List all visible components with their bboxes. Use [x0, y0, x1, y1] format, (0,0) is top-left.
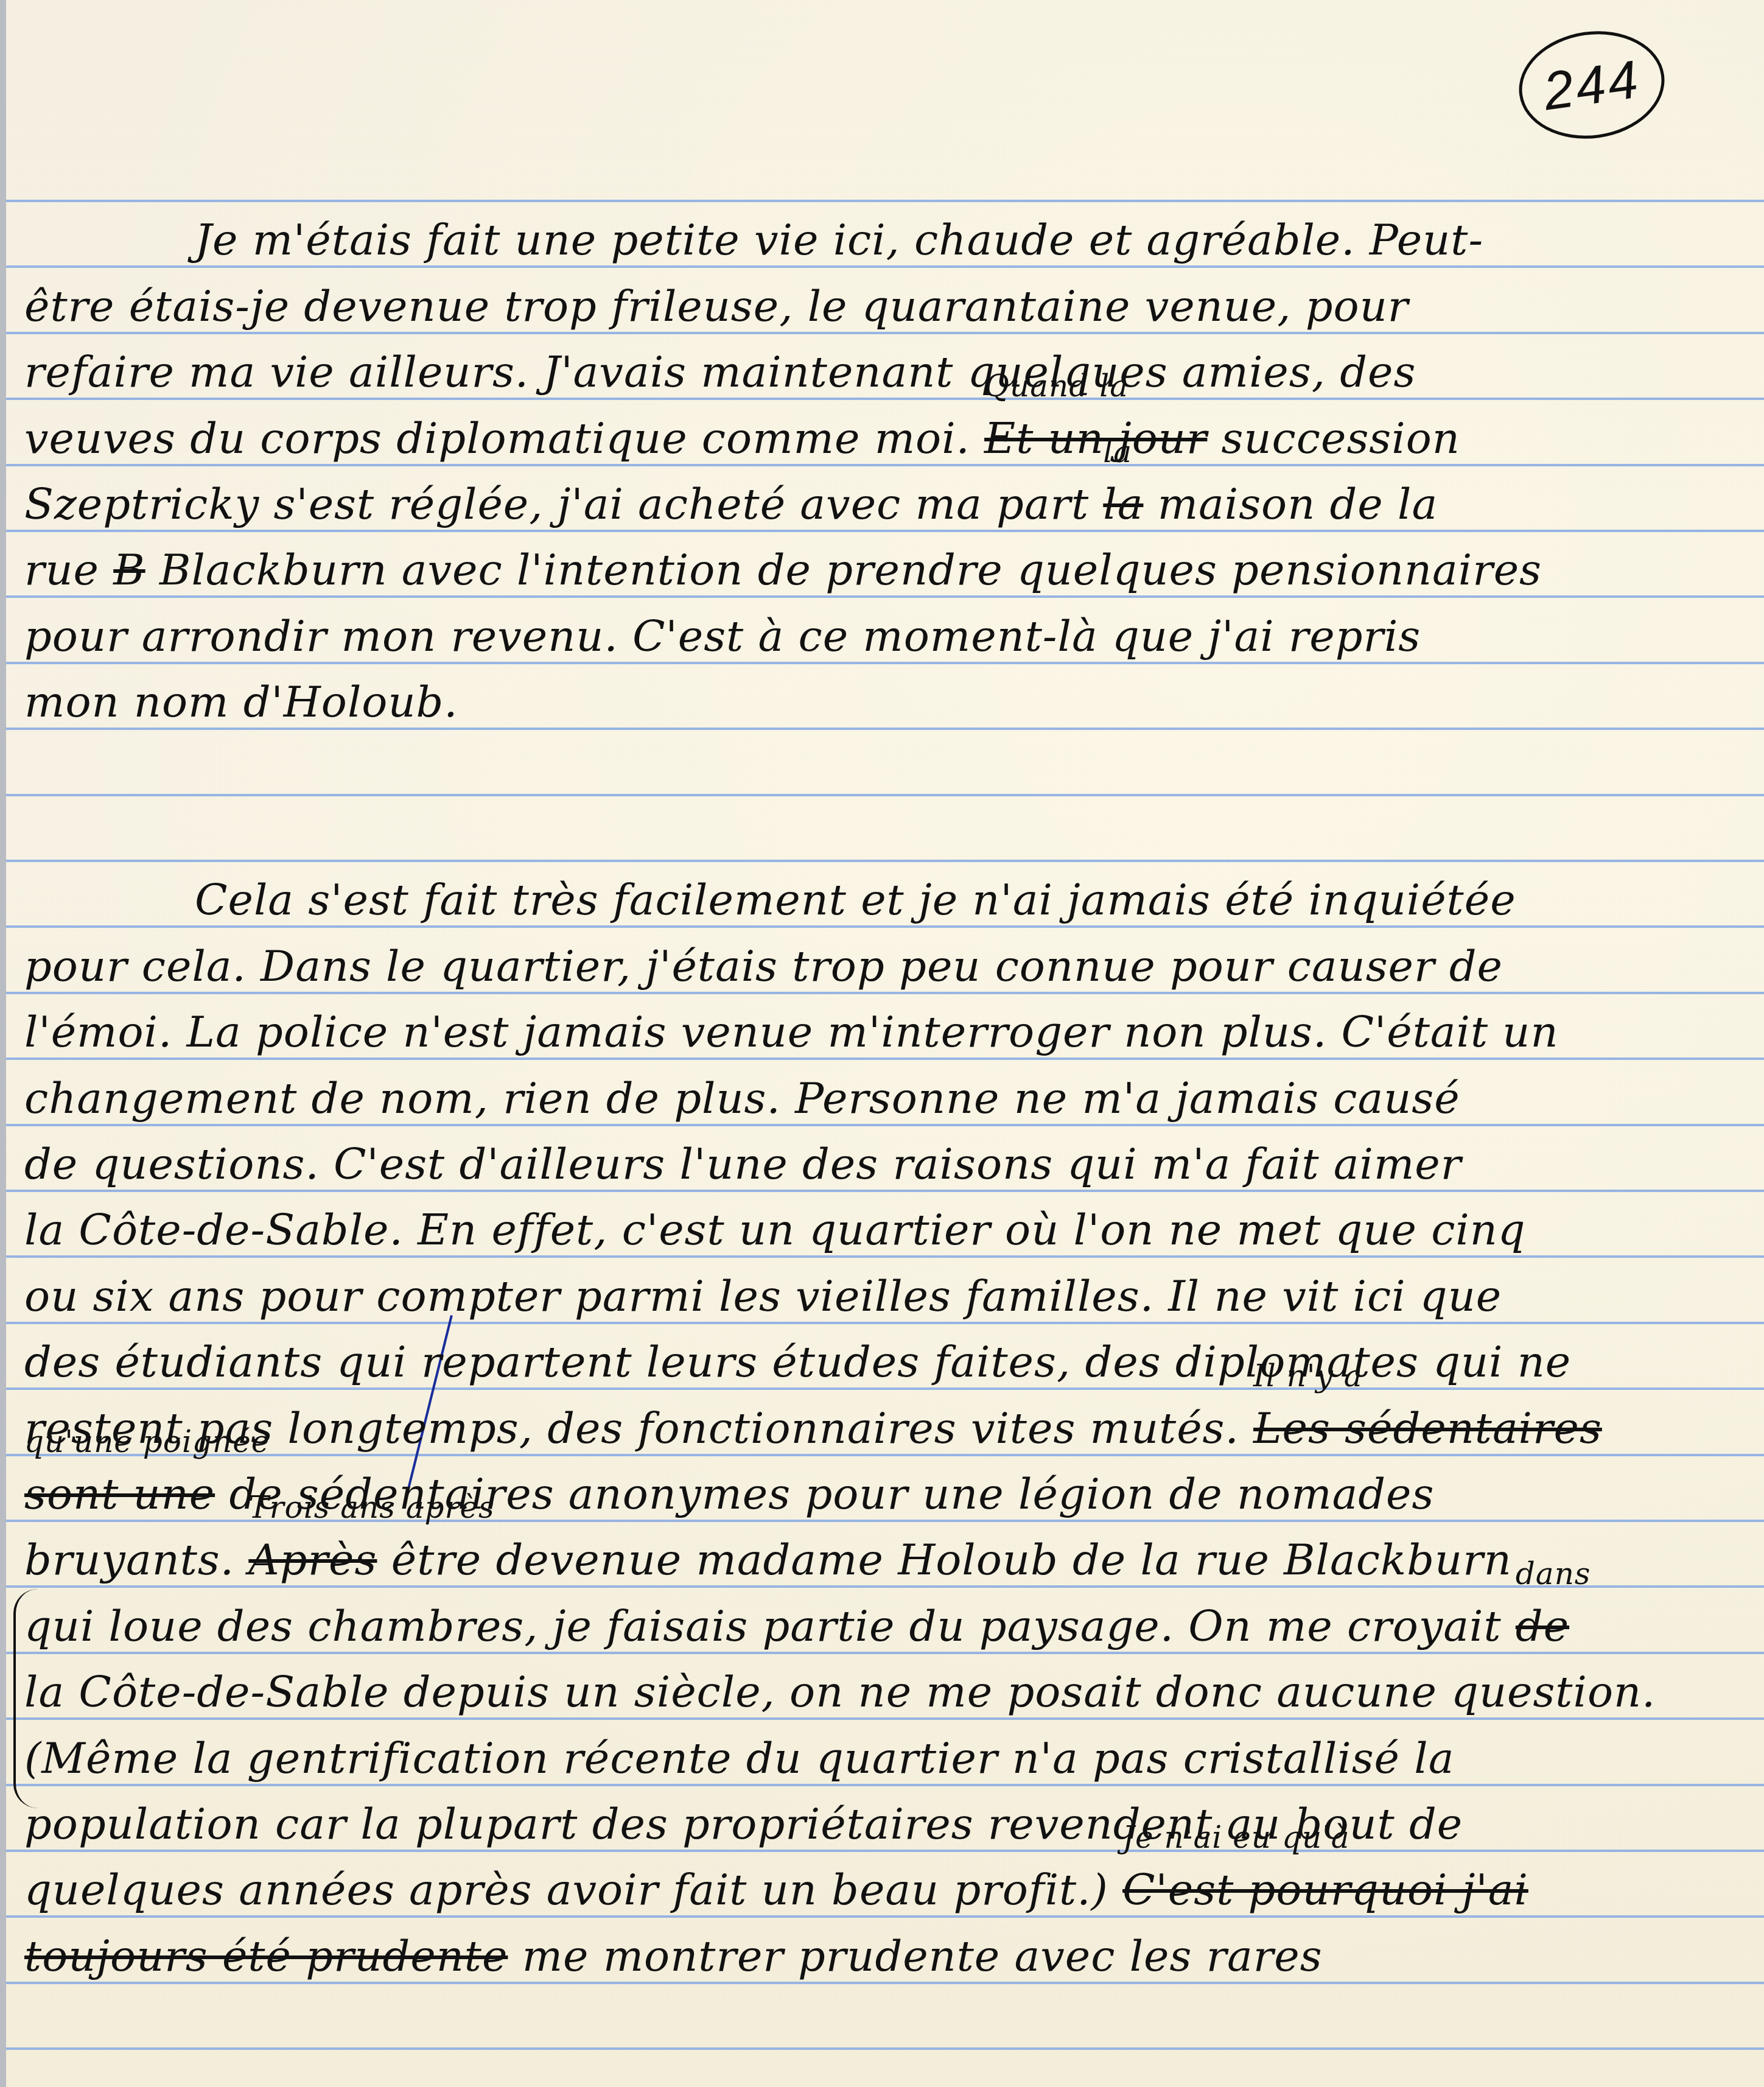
deleted-text: de	[1516, 1601, 1569, 1651]
manuscript-line: veuves du corps diplomatique comme moi. …	[24, 405, 1740, 471]
line-text: veuves du corps diplomatique comme moi.	[24, 413, 984, 463]
ruled-line	[6, 794, 1764, 796]
deleted-text: Les sédentaires	[1253, 1403, 1602, 1453]
line-text: rue	[24, 545, 113, 595]
manuscript-line: refaire ma vie ailleurs. J'avais mainten…	[24, 339, 1740, 405]
ruled-line	[6, 200, 1764, 202]
manuscript-line: l'émoi. La police n'est jamais venue m'i…	[24, 999, 1740, 1065]
manuscript-line: des étudiants qui repartent leurs études…	[24, 1329, 1740, 1395]
deleted-text: la	[1103, 479, 1143, 529]
line-text: qui loue des chambres, je faisais partie…	[24, 1601, 1516, 1651]
manuscript-line: être étais-je devenue trop frileuse, le …	[24, 273, 1740, 339]
line-text: Blackburn avec l'intention de prendre qu…	[145, 545, 1542, 595]
ruled-line	[6, 860, 1764, 862]
manuscript-line: bruyants. AprèsTrois ans après être deve…	[24, 1527, 1740, 1593]
manuscript-line: mon nom d'Holoub.	[24, 669, 1740, 735]
line-text: refaire ma vie ailleurs. J'avais mainten…	[24, 347, 1416, 397]
revision: Et un jourQuand la	[984, 405, 1207, 471]
line-text: changement de nom, rien de plus. Personn…	[24, 1073, 1460, 1123]
manuscript-line: quelques années après avoir fait un beau…	[24, 1857, 1740, 1923]
manuscript-line: Je m'étais fait une petite vie ici, chau…	[24, 207, 1740, 273]
revision: lala	[1103, 471, 1143, 537]
manuscript-line: changement de nom, rien de plus. Personn…	[24, 1065, 1740, 1131]
deleted-text: Et un jour	[984, 413, 1207, 463]
ruled-line	[6, 2047, 1764, 2050]
line-text: quelques années après avoir fait un beau…	[24, 1865, 1122, 1915]
inserted-text: dans	[1516, 1556, 1591, 1592]
line-text: Szeptricky s'est réglée, j'ai acheté ave…	[24, 479, 1103, 529]
line-text: de questions. C'est d'ailleurs l'une des…	[24, 1139, 1461, 1189]
page-number-circled: 244	[1512, 22, 1671, 148]
revision: AprèsTrois ans après	[248, 1527, 377, 1593]
line-text: l'émoi. La police n'est jamais venue m'i…	[24, 1007, 1558, 1057]
line-text: succession	[1207, 413, 1460, 463]
line-text: Cela s'est fait très facilement et je n'…	[195, 875, 1516, 925]
deleted-text: toujours été prudente	[24, 1931, 508, 1981]
revision: C'est pourquoi j'aiJe n'ai eu qu'à	[1122, 1857, 1528, 1923]
line-text: pour arrondir mon revenu. C'est à ce mom…	[24, 611, 1421, 661]
deleted-text: sont une	[24, 1469, 215, 1519]
line-text: la Côte-de-Sable. En effet, c'est un qua…	[24, 1205, 1526, 1255]
line-text: bruyants.	[24, 1535, 248, 1585]
line-text: (Même la gentrification récente du quart…	[24, 1733, 1454, 1783]
line-text: me montrer prudente avec les rares	[508, 1931, 1322, 1981]
manuscript-line: (Même la gentrification récente du quart…	[24, 1725, 1740, 1791]
manuscript-page: 244 Je m'étais fait une petite vie ici, …	[0, 0, 1764, 2087]
deleted-text: C'est pourquoi j'ai	[1122, 1865, 1528, 1915]
line-text: être devenue madame Holoub de la rue Bla…	[377, 1535, 1511, 1585]
line-text: la Côte-de-Sable depuis un siècle, on ne…	[24, 1667, 1656, 1717]
manuscript-line: rue B Blackburn avec l'intention de pren…	[24, 537, 1740, 603]
revision: B	[113, 537, 145, 603]
manuscript-line: restent pas longtemps, des fonctionnaire…	[24, 1395, 1740, 1461]
manuscript-line: de questions. C'est d'ailleurs l'une des…	[24, 1131, 1740, 1197]
inserted-text: Il n'y a	[1253, 1358, 1363, 1394]
line-text: maison de la	[1143, 479, 1438, 529]
line-text: ou six ans pour compter parmi les vieill…	[24, 1271, 1502, 1321]
deleted-text: B	[113, 545, 145, 595]
line-text: être étais-je devenue trop frileuse, le …	[24, 281, 1409, 331]
revision: toujours été prudente	[24, 1923, 508, 1989]
revision: Les sédentairesIl n'y a	[1253, 1395, 1602, 1461]
inserted-text: Quand la	[984, 368, 1129, 404]
inserted-text: qu'une poignée	[24, 1423, 270, 1460]
page-edge	[0, 0, 6, 2087]
manuscript-line: pour arrondir mon revenu. C'est à ce mom…	[24, 603, 1740, 669]
manuscript-line: Cela s'est fait très facilement et je n'…	[24, 867, 1740, 933]
revision: dedans	[1516, 1593, 1569, 1659]
manuscript-line: qui loue des chambres, je faisais partie…	[24, 1593, 1740, 1659]
page-number: 244	[1539, 47, 1643, 122]
manuscript-line: la Côte-de-Sable depuis un siècle, on ne…	[24, 1659, 1740, 1725]
line-text: mon nom d'Holoub.	[24, 677, 458, 727]
manuscript-line: toujours été prudente me montrer prudent…	[24, 1923, 1740, 1989]
line-text: pour cela. Dans le quartier, j'étais tro…	[24, 941, 1503, 991]
manuscript-line: population car la plupart des propriétai…	[24, 1791, 1740, 1857]
revision: sont unequ'une poignée	[24, 1461, 215, 1527]
manuscript-line: ou six ans pour compter parmi les vieill…	[24, 1263, 1740, 1329]
deleted-text: Après	[248, 1535, 377, 1585]
manuscript-line: la Côte-de-Sable. En effet, c'est un qua…	[24, 1197, 1740, 1263]
inserted-text: Trois ans après	[248, 1489, 494, 1526]
manuscript-line: Szeptricky s'est réglée, j'ai acheté ave…	[24, 471, 1740, 537]
manuscript-line: pour cela. Dans le quartier, j'étais tro…	[24, 933, 1740, 999]
inserted-text: Je n'ai eu qu'à	[1122, 1819, 1350, 1856]
inserted-text: la	[1103, 433, 1132, 470]
line-text: Je m'étais fait une petite vie ici, chau…	[195, 215, 1483, 265]
